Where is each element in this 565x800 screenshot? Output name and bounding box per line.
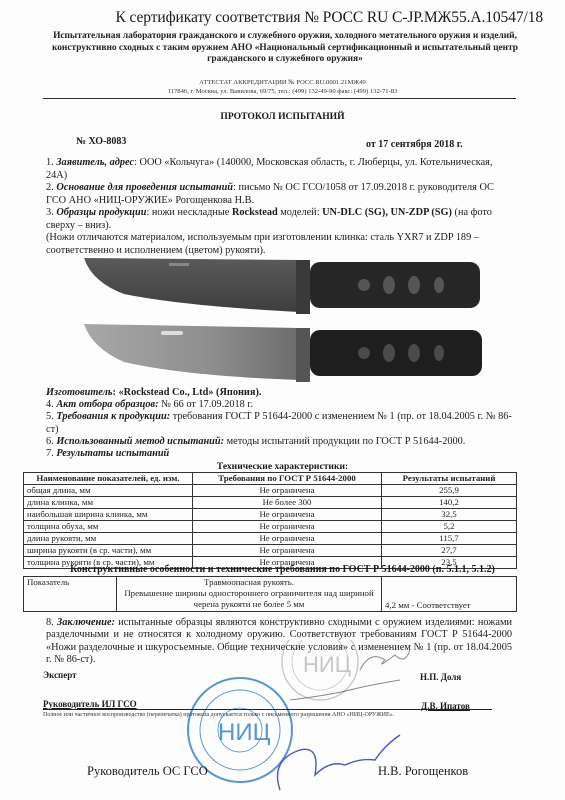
- laboratory-name: Испытательная лаборатория гражданского и…: [40, 31, 530, 66]
- tech-table: Наименование показателей, ед. изм. Требо…: [23, 472, 517, 569]
- table-row: ширина рукояти (в ср. части), ммНе огран…: [24, 545, 517, 557]
- signature-os-head: [278, 735, 401, 790]
- table-row: наибольшая ширина клинка, ммНе ограничен…: [24, 509, 517, 521]
- lab-address: 117846, г. Москва, ул. Вавилова, 69/75, …: [0, 87, 565, 96]
- item-manufacturer: Изготовитель: «Rockstead Co., Ltd» (Япон…: [46, 387, 512, 400]
- requirement-cell: Не ограничена: [193, 509, 382, 521]
- signature-expert: [360, 650, 410, 670]
- accreditation-block: АТТЕСТАТ АККРЕДИТАЦИИ № РОСС RU.0001.21М…: [0, 78, 565, 96]
- knife-bottom: [84, 324, 482, 382]
- item-sampling-act: 4. Акт отбора образцов: № 66 от 17.09.20…: [46, 399, 512, 412]
- result-cell: 115,7: [382, 533, 517, 545]
- header-requirement: Требования по ГОСТ Р 51644-2000: [193, 473, 382, 485]
- lab-head-role: Руководитель ИЛ ГСО: [43, 699, 137, 709]
- certificate-reference: К сертификату соответствия № РОСС RU C-J…: [0, 9, 543, 27]
- item-requirements: 5. Требования к продукции: требования ГО…: [46, 411, 512, 436]
- item-samples: 3. Образцы продукции: ножи нескладные Ro…: [46, 207, 512, 232]
- result-cell: 140,2: [382, 497, 517, 509]
- os-head-role: Руководитель ОС ГСО: [87, 764, 208, 779]
- requirement-cell: Не более 300: [193, 497, 382, 509]
- indicator-cell: длина клинка, мм: [24, 497, 193, 509]
- header-divider: [43, 98, 516, 99]
- indicator-cell: ширина рукояти (в ср. части), мм: [24, 545, 193, 557]
- result-cell: 5,2: [382, 521, 517, 533]
- result-cell: 32,5: [382, 509, 517, 521]
- requirement-cell: Не ограничена: [193, 485, 382, 497]
- protocol-title: ПРОТОКОЛ ИСПЫТАНИЙ: [0, 111, 565, 122]
- knife-photo: [84, 254, 504, 382]
- os-head-name: Н.В. Рогощенков: [378, 764, 468, 779]
- constr-result: 4,2 мм - Соответствует: [382, 577, 517, 612]
- header-indicator: Наименование показателей, ед. изм.: [24, 473, 193, 485]
- result-cell: 27,7: [382, 545, 517, 557]
- requirement-cell: Не ограничена: [193, 533, 382, 545]
- constr-requirement: Травмоопасная рукоять. Превышение ширины…: [117, 577, 382, 612]
- requirement-cell: Не ограничена: [193, 545, 382, 557]
- indicator-cell: толщина обуха, мм: [24, 521, 193, 533]
- accreditation-number: АТТЕСТАТ АККРЕДИТАЦИИ № РОСС RU.0001.21М…: [0, 78, 565, 87]
- indicator-cell: длина рукояти, мм: [24, 533, 193, 545]
- protocol-date: от 17 сентября 2018 г.: [366, 139, 463, 150]
- requirement-cell: Не ограничена: [193, 521, 382, 533]
- table-row: длина рукояти, ммНе ограничена115,7: [24, 533, 517, 545]
- indicator-cell: общая длина, мм: [24, 485, 193, 497]
- item-results: 7. Результаты испытаний: [46, 448, 512, 461]
- tech-table-title: Технические характеристики:: [0, 461, 565, 472]
- table-row: длина клинка, ммНе более 300140,2: [24, 497, 517, 509]
- indicator-cell: наибольшая ширина клинка, мм: [24, 509, 193, 521]
- signature-divider: [43, 709, 492, 710]
- constr-table-title: Конструктивные особенности и технические…: [0, 564, 565, 575]
- protocol-number: № ХО-8083: [76, 136, 126, 147]
- constr-indicator: Показатель: [24, 577, 117, 612]
- expert-name: Н.П. Доля: [420, 672, 461, 682]
- result-cell: 255,9: [382, 485, 517, 497]
- knife-top: [84, 258, 480, 314]
- item-test-method: 6. Использованный метод испытаний: метод…: [46, 436, 512, 449]
- svg-text:НИЦ: НИЦ: [303, 652, 351, 677]
- svg-text:НИЦ: НИЦ: [218, 719, 271, 746]
- header-result: Результаты испытаний: [382, 473, 517, 485]
- item-basis: 2. Основание для проведения испытаний: п…: [46, 182, 512, 207]
- expert-role: Эксперт: [43, 670, 77, 680]
- table-row: общая длина, ммНе ограничена255,9: [24, 485, 517, 497]
- reproduction-notice: Полное или частичное воспроизводство (пе…: [43, 712, 394, 718]
- table-row: толщина обуха, ммНе ограничена5,2: [24, 521, 517, 533]
- constr-table: Показатель Травмоопасная рукоять. Превыш…: [23, 576, 517, 612]
- item-applicant: 1. Заявитель, адрес: ООО «Кольчуга» (140…: [46, 157, 512, 182]
